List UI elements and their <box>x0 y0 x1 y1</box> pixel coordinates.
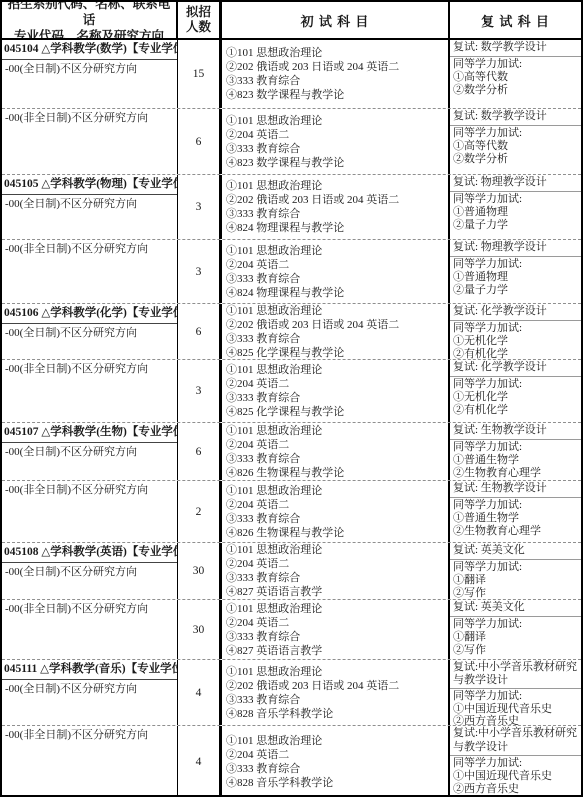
enrollment-count: 3 <box>196 385 202 397</box>
retest-subject: 复试: 生物教学设计 <box>450 481 581 498</box>
enrollment-count: 4 <box>196 756 202 768</box>
exam-subject: ③333 教育综合 <box>226 332 448 346</box>
additional-test-line: ①翻译 <box>453 574 579 587</box>
retest-cell: 复试:中小学音乐教材研究与教学设计同等学力加试:①中国近现代音乐史②西方音乐史 <box>450 660 581 725</box>
enrollment-count: 30 <box>193 624 205 636</box>
exam-subject: ②204 英语二 <box>226 438 448 452</box>
additional-test-line: ①普通物理 <box>453 206 579 219</box>
retest-subject: 复试:中小学音乐教材研究与教学设计 <box>450 726 581 756</box>
additional-test-line: 同等学力加试: <box>453 499 579 512</box>
department-cell: -00(非全日制)不区分研究方向 <box>2 360 178 422</box>
additional-test-line: ①无机化学 <box>453 335 579 348</box>
exam-subject: ③333 教育综合 <box>226 272 448 286</box>
exam-subject: ④823 数学课程与教学论 <box>226 156 448 170</box>
additional-test: 同等学力加试:①高等代数②数学分析 <box>450 57 581 109</box>
exam-subject: ②204 英语二 <box>226 128 448 142</box>
direction-label: -00(非全日制)不区分研究方向 <box>2 360 177 377</box>
retest-cell: 复试: 化学教学设计同等学力加试:①无机化学②有机化学 <box>450 304 581 359</box>
exam-subject: ④827 英语语言教学 <box>226 585 448 599</box>
exam-subject-list: ①101 思想政治理论②202 俄语或 203 日语或 204 英语二③333 … <box>222 665 448 721</box>
direction-label: -00(非全日制)不区分研究方向 <box>2 481 177 498</box>
enrollment-count: 6 <box>196 446 202 458</box>
enrollment-cell: 30 <box>178 543 222 599</box>
additional-test-line: 同等学力加试: <box>453 258 579 271</box>
enrollment-cell: 3 <box>178 360 222 422</box>
retest-subject: 复试: 数学教学设计 <box>450 109 581 126</box>
department-cell: -00(非全日制)不区分研究方向 <box>2 481 178 542</box>
initial-exam-cell: ①101 思想政治理论②204 英语二③333 教育综合④824 物理课程与教学… <box>222 240 450 303</box>
exam-subject: ①101 思想政治理论 <box>226 46 448 60</box>
table-row: -00(非全日制)不区分研究方向3①101 思想政治理论②204 英语二③333… <box>2 239 581 303</box>
direction-label: -00(全日制)不区分研究方向 <box>2 443 177 460</box>
additional-test-line: 同等学力加试: <box>453 441 579 454</box>
additional-test-line: ①高等代数 <box>453 71 579 84</box>
additional-test-line: 同等学力加试: <box>453 193 579 206</box>
header-department-line1: 招生系别代码、名称、联系电话 <box>2 2 176 28</box>
additional-test-line: ①高等代数 <box>453 140 579 153</box>
direction-label: -00(非全日制)不区分研究方向 <box>2 600 177 617</box>
exam-subject-list: ①101 思想政治理论②204 英语二③333 教育综合④826 生物课程与教学… <box>222 484 448 540</box>
additional-test-line: ①无机化学 <box>453 391 579 404</box>
retest-cell: 复试: 物理教学设计同等学力加试:①普通物理②量子力学 <box>450 175 581 239</box>
table-row: -00(非全日制)不区分研究方向30①101 思想政治理论②204 英语二③33… <box>2 599 581 659</box>
enrollment-cell: 15 <box>178 40 222 108</box>
enrollment-cell: 3 <box>178 240 222 303</box>
table-row: 045111 △学科教学(音乐)【专业学位】-00(全日制)不区分研究方向4①1… <box>2 659 581 725</box>
exam-subject: ①101 思想政治理论 <box>226 543 448 557</box>
additional-test-line: ①中国近现代音乐史 <box>453 770 579 783</box>
exam-subject: ②204 英语二 <box>226 258 448 272</box>
enrollment-cell: 30 <box>178 600 222 659</box>
initial-exam-cell: ①101 思想政治理论②204 英语二③333 教育综合④823 数学课程与教学… <box>222 109 450 174</box>
exam-subject: ④825 化学课程与教学论 <box>226 346 448 360</box>
exam-subject: ②204 英语二 <box>226 557 448 571</box>
section-title: 045108 △学科教学(英语)【专业学位】 <box>2 543 177 563</box>
table-row: 045106 △学科教学(化学)【专业学位】-00(全日制)不区分研究方向6①1… <box>2 303 581 359</box>
header-initial-exam-column: 初 试 科 目 <box>222 2 450 38</box>
department-cell: -00(非全日制)不区分研究方向 <box>2 726 178 797</box>
exam-subject: ④825 化学课程与教学论 <box>226 405 448 419</box>
additional-test-line: 同等学力加试: <box>453 690 579 703</box>
additional-test-line: ②量子力学 <box>453 219 579 232</box>
additional-test: 同等学力加试:①无机化学②有机化学 <box>450 321 581 360</box>
retest-cell: 复试:中小学音乐教材研究与教学设计同等学力加试:①中国近现代音乐史②西方音乐史 <box>450 726 581 797</box>
header-department-line2: 专业代码、名称及研究方向 <box>2 28 176 38</box>
exam-subject: ②204 英语二 <box>226 748 448 762</box>
enrollment-cell: 2 <box>178 481 222 542</box>
retest-subject: 复试: 英美文化 <box>450 600 581 617</box>
department-cell: -00(非全日制)不区分研究方向 <box>2 600 178 659</box>
exam-subject-list: ①101 思想政治理论②202 俄语或 203 日语或 204 英语二③333 … <box>222 304 448 359</box>
direction-label: -00(非全日制)不区分研究方向 <box>2 726 177 743</box>
exam-subject: ①101 思想政治理论 <box>226 363 448 377</box>
direction-label: -00(全日制)不区分研究方向 <box>2 195 177 212</box>
exam-subject: ③333 教育综合 <box>226 693 448 707</box>
retest-cell: 复试: 生物教学设计同等学力加试:①普通生物学②生物教育心理学 <box>450 423 581 480</box>
department-cell: 045105 △学科教学(物理)【专业学位】-00(全日制)不区分研究方向 <box>2 175 178 239</box>
enrollment-count: 3 <box>196 201 202 213</box>
exam-subject: ②204 英语二 <box>226 377 448 391</box>
additional-test-line: 同等学力加试: <box>453 561 579 574</box>
table-row: -00(非全日制)不区分研究方向4①101 思想政治理论②204 英语二③333… <box>2 725 581 797</box>
enrollment-cell: 6 <box>178 304 222 359</box>
additional-test-line: ②数学分析 <box>453 84 579 97</box>
exam-subject: ①101 思想政治理论 <box>226 734 448 748</box>
enrollment-cell: 3 <box>178 175 222 239</box>
department-cell: 045106 △学科教学(化学)【专业学位】-00(全日制)不区分研究方向 <box>2 304 178 359</box>
table-row: -00(非全日制)不区分研究方向2①101 思想政治理论②204 英语二③333… <box>2 480 581 542</box>
retest-subject: 复试: 数学教学设计 <box>450 40 581 57</box>
direction-label: -00(全日制)不区分研究方向 <box>2 563 177 580</box>
initial-exam-cell: ①101 思想政治理论②204 英语二③333 教育综合④827 英语语言教学 <box>222 600 450 659</box>
additional-test-line: ②数学分析 <box>453 153 579 166</box>
exam-subject: ①101 思想政治理论 <box>226 484 448 498</box>
section-title: 045111 △学科教学(音乐)【专业学位】 <box>2 660 177 680</box>
exam-subject: ②202 俄语或 203 日语或 204 英语二 <box>226 318 448 332</box>
additional-test-line: ②写作 <box>453 644 579 657</box>
exam-subject: ①101 思想政治理论 <box>226 304 448 318</box>
header-enrollment-column: 拟招 人数 <box>178 2 222 38</box>
initial-exam-cell: ①101 思想政治理论②202 俄语或 203 日语或 204 英语二③333 … <box>222 304 450 359</box>
retest-subject: 复试: 化学教学设计 <box>450 360 581 377</box>
direction-label: -00(全日制)不区分研究方向 <box>2 60 177 77</box>
exam-subject: ③333 教育综合 <box>226 762 448 776</box>
exam-subject: ①101 思想政治理论 <box>226 424 448 438</box>
additional-test-line: 同等学力加试: <box>453 58 579 71</box>
section-title: 045104 △学科教学(数学)【专业学位】 <box>2 40 177 60</box>
exam-subject: ③333 教育综合 <box>226 452 448 466</box>
enrollment-cell: 4 <box>178 726 222 797</box>
department-cell: 045111 △学科教学(音乐)【专业学位】-00(全日制)不区分研究方向 <box>2 660 178 725</box>
retest-cell: 复试: 物理教学设计同等学力加试:①普通物理②量子力学 <box>450 240 581 303</box>
retest-cell: 复试: 英美文化同等学力加试:①翻译②写作 <box>450 600 581 659</box>
table-row: 045104 △学科教学(数学)【专业学位】-00(全日制)不区分研究方向15①… <box>2 40 581 108</box>
enrollment-count: 6 <box>196 326 202 338</box>
exam-subject-list: ①101 思想政治理论②204 英语二③333 教育综合④826 生物课程与教学… <box>222 424 448 480</box>
enrollment-count: 6 <box>196 136 202 148</box>
exam-subject: ③333 教育综合 <box>226 630 448 644</box>
additional-test-line: ①中国近现代音乐史 <box>453 703 579 716</box>
exam-subject: ③333 教育综合 <box>226 391 448 405</box>
additional-test-line: 同等学力加试: <box>453 127 579 140</box>
enrollment-cell: 4 <box>178 660 222 725</box>
exam-subject: ④828 音乐学科教学论 <box>226 776 448 790</box>
initial-exam-cell: ①101 思想政治理论②204 英语二③333 教育综合④828 音乐学科教学论 <box>222 726 450 797</box>
initial-exam-cell: ①101 思想政治理论②204 英语二③333 教育综合④825 化学课程与教学… <box>222 360 450 422</box>
department-cell: -00(非全日制)不区分研究方向 <box>2 240 178 303</box>
additional-test: 同等学力加试:①翻译②写作 <box>450 617 581 660</box>
table-row: -00(非全日制)不区分研究方向6①101 思想政治理论②204 英语二③333… <box>2 108 581 174</box>
exam-subject: ④828 音乐学科教学论 <box>226 707 448 721</box>
exam-subject-list: ①101 思想政治理论②202 俄语或 203 日语或 204 英语二③333 … <box>222 179 448 235</box>
additional-test-line: ②有机化学 <box>453 404 579 417</box>
exam-subject: ③333 教育综合 <box>226 512 448 526</box>
initial-exam-cell: ①101 思想政治理论②204 英语二③333 教育综合④826 生物课程与教学… <box>222 481 450 542</box>
additional-test: 同等学力加试:①普通生物学②生物教育心理学 <box>450 440 581 481</box>
retest-cell: 复试: 数学教学设计同等学力加试:①高等代数②数学分析 <box>450 109 581 174</box>
exam-subject: ④826 生物课程与教学论 <box>226 466 448 480</box>
additional-test-line: 同等学力加试: <box>453 378 579 391</box>
exam-subject: ②204 英语二 <box>226 616 448 630</box>
additional-test: 同等学力加试:①普通生物学②生物教育心理学 <box>450 498 581 543</box>
exam-subject: ①101 思想政治理论 <box>226 244 448 258</box>
initial-exam-cell: ①101 思想政治理论②202 俄语或 203 日语或 204 英语二③333 … <box>222 660 450 725</box>
department-cell: 045108 △学科教学(英语)【专业学位】-00(全日制)不区分研究方向 <box>2 543 178 599</box>
enrollment-count: 15 <box>193 68 205 80</box>
additional-test-line: ②生物教育心理学 <box>453 467 579 480</box>
exam-subject: ④824 物理课程与教学论 <box>226 221 448 235</box>
direction-label: -00(非全日制)不区分研究方向 <box>2 109 177 126</box>
additional-test-line: ②有机化学 <box>453 348 579 360</box>
enrollment-cell: 6 <box>178 423 222 480</box>
exam-subject: ③333 教育综合 <box>226 571 448 585</box>
exam-subject: ③333 教育综合 <box>226 74 448 88</box>
additional-test: 同等学力加试:①高等代数②数学分析 <box>450 126 581 175</box>
exam-subject: ①101 思想政治理论 <box>226 602 448 616</box>
department-cell: -00(非全日制)不区分研究方向 <box>2 109 178 174</box>
exam-subject: ④826 生物课程与教学论 <box>226 526 448 540</box>
initial-exam-cell: ①101 思想政治理论②204 英语二③333 教育综合④827 英语语言教学 <box>222 543 450 599</box>
exam-subject: ②202 俄语或 203 日语或 204 英语二 <box>226 60 448 74</box>
header-retest-column: 复 试 科 目 <box>450 2 581 38</box>
exam-subject: ①101 思想政治理论 <box>226 665 448 679</box>
enrollment-cell: 6 <box>178 109 222 174</box>
additional-test-line: ②写作 <box>453 587 579 600</box>
table-row: 045108 △学科教学(英语)【专业学位】-00(全日制)不区分研究方向30①… <box>2 542 581 599</box>
header-department-column: 招生系别代码、名称、联系电话 专业代码、名称及研究方向 <box>2 2 178 38</box>
exam-subject: ④824 物理课程与教学论 <box>226 286 448 300</box>
header-enrollment-line1: 拟招 <box>186 5 211 20</box>
additional-test-line: ①翻译 <box>453 631 579 644</box>
direction-label: -00(非全日制)不区分研究方向 <box>2 240 177 257</box>
additional-test-line: 同等学力加试: <box>453 618 579 631</box>
additional-test-line: ②量子力学 <box>453 284 579 297</box>
exam-subject-list: ①101 思想政治理论②204 英语二③333 教育综合④824 物理课程与教学… <box>222 244 448 300</box>
additional-test-line: 同等学力加试: <box>453 757 579 770</box>
exam-subject: ④827 英语语言教学 <box>226 644 448 658</box>
additional-test-line: ②西方音乐史 <box>453 715 579 725</box>
department-cell: 045107 △学科教学(生物)【专业学位】-00(全日制)不区分研究方向 <box>2 423 178 480</box>
section-title: 045105 △学科教学(物理)【专业学位】 <box>2 175 177 195</box>
exam-subject-list: ①101 思想政治理论②204 英语二③333 教育综合④823 数学课程与教学… <box>222 114 448 170</box>
department-cell: 045104 △学科教学(数学)【专业学位】-00(全日制)不区分研究方向 <box>2 40 178 108</box>
retest-cell: 复试: 生物教学设计同等学力加试:①普通生物学②生物教育心理学 <box>450 481 581 542</box>
initial-exam-cell: ①101 思想政治理论②204 英语二③333 教育综合④826 生物课程与教学… <box>222 423 450 480</box>
exam-subject: ③333 教育综合 <box>226 207 448 221</box>
retest-subject: 复试: 生物教学设计 <box>450 423 581 440</box>
exam-subject: ③333 教育综合 <box>226 142 448 156</box>
additional-test: 同等学力加试:①无机化学②有机化学 <box>450 377 581 423</box>
retest-cell: 复试: 数学教学设计同等学力加试:①高等代数②数学分析 <box>450 40 581 108</box>
table-body: 045104 △学科教学(数学)【专业学位】-00(全日制)不区分研究方向15①… <box>2 40 581 797</box>
additional-test: 同等学力加试:①中国近现代音乐史②西方音乐史 <box>450 689 581 725</box>
table-header: 招生系别代码、名称、联系电话 专业代码、名称及研究方向 拟招 人数 初 试 科 … <box>2 2 581 40</box>
enrollment-count: 3 <box>196 266 202 278</box>
table-row: 045105 △学科教学(物理)【专业学位】-00(全日制)不区分研究方向3①1… <box>2 174 581 239</box>
exam-subject: ②202 俄语或 203 日语或 204 英语二 <box>226 679 448 693</box>
retest-subject: 复试:中小学音乐教材研究与教学设计 <box>450 660 581 689</box>
exam-subject-list: ①101 思想政治理论②204 英语二③333 教育综合④825 化学课程与教学… <box>222 363 448 419</box>
retest-subject: 复试: 英美文化 <box>450 543 581 560</box>
exam-subject-list: ①101 思想政治理论②204 英语二③333 教育综合④828 音乐学科教学论 <box>222 734 448 790</box>
header-enrollment-line2: 人数 <box>186 20 211 35</box>
initial-exam-cell: ①101 思想政治理论②202 俄语或 203 日语或 204 英语二③333 … <box>222 175 450 239</box>
direction-label: -00(全日制)不区分研究方向 <box>2 680 177 697</box>
exam-subject-list: ①101 思想政治理论②202 俄语或 203 日语或 204 英语二③333 … <box>222 46 448 102</box>
retest-subject: 复试: 物理教学设计 <box>450 175 581 192</box>
admissions-table-page: 招生系别代码、名称、联系电话 专业代码、名称及研究方向 拟招 人数 初 试 科 … <box>0 0 583 797</box>
direction-label: -00(全日制)不区分研究方向 <box>2 324 177 341</box>
retest-cell: 复试: 化学教学设计同等学力加试:①无机化学②有机化学 <box>450 360 581 422</box>
section-title: 045107 △学科教学(生物)【专业学位】 <box>2 423 177 443</box>
exam-subject: ②202 俄语或 203 日语或 204 英语二 <box>226 193 448 207</box>
additional-test-line: ②西方音乐史 <box>453 783 579 796</box>
additional-test-line: ②生物教育心理学 <box>453 525 579 538</box>
exam-subject: ①101 思想政治理论 <box>226 114 448 128</box>
enrollment-count: 2 <box>196 506 202 518</box>
retest-subject: 复试: 物理教学设计 <box>450 240 581 257</box>
exam-subject-list: ①101 思想政治理论②204 英语二③333 教育综合④827 英语语言教学 <box>222 602 448 658</box>
section-title: 045106 △学科教学(化学)【专业学位】 <box>2 304 177 324</box>
additional-test: 同等学力加试:①翻译②写作 <box>450 560 581 600</box>
additional-test-line: ①普通生物学 <box>453 512 579 525</box>
retest-subject: 复试: 化学教学设计 <box>450 304 581 321</box>
exam-subject: ①101 思想政治理论 <box>226 179 448 193</box>
enrollment-count: 30 <box>193 565 205 577</box>
admissions-table: 招生系别代码、名称、联系电话 专业代码、名称及研究方向 拟招 人数 初 试 科 … <box>0 0 583 797</box>
exam-subject: ④823 数学课程与教学论 <box>226 88 448 102</box>
retest-cell: 复试: 英美文化同等学力加试:①翻译②写作 <box>450 543 581 599</box>
additional-test: 同等学力加试:①普通物理②量子力学 <box>450 257 581 304</box>
enrollment-count: 4 <box>196 687 202 699</box>
initial-exam-cell: ①101 思想政治理论②202 俄语或 203 日语或 204 英语二③333 … <box>222 40 450 108</box>
exam-subject-list: ①101 思想政治理论②204 英语二③333 教育综合④827 英语语言教学 <box>222 543 448 599</box>
additional-test-line: ①普通生物学 <box>453 454 579 467</box>
additional-test-line: ①普通物理 <box>453 271 579 284</box>
table-row: 045107 △学科教学(生物)【专业学位】-00(全日制)不区分研究方向6①1… <box>2 422 581 480</box>
table-row: -00(非全日制)不区分研究方向3①101 思想政治理论②204 英语二③333… <box>2 359 581 422</box>
additional-test-line: 同等学力加试: <box>453 322 579 335</box>
additional-test: 同等学力加试:①普通物理②量子力学 <box>450 192 581 240</box>
additional-test: 同等学力加试:①中国近现代音乐史②西方音乐史 <box>450 756 581 797</box>
exam-subject: ②204 英语二 <box>226 498 448 512</box>
